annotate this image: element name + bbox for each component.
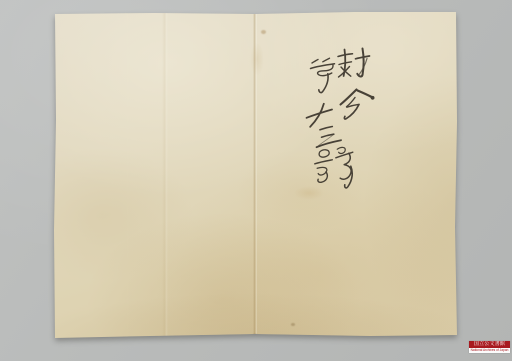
watermark-japanese-label: 国立公文書館	[469, 341, 510, 348]
document-paper	[54, 12, 457, 338]
fold-bottom-notch	[248, 332, 262, 338]
watermark-english-label: National Archives of Japan	[469, 348, 510, 353]
secondary-crease	[162, 12, 168, 338]
stain-speck	[291, 323, 295, 326]
national-archives-watermark: 国立公文書館 National Archives of Japan	[469, 341, 510, 353]
stain-smudge	[294, 186, 324, 200]
paper-shadow-wrap	[0, 0, 512, 361]
stain-smudge	[250, 42, 264, 76]
photo-background: 勅令 第十三號	[0, 0, 512, 361]
stain-speck	[261, 30, 266, 34]
